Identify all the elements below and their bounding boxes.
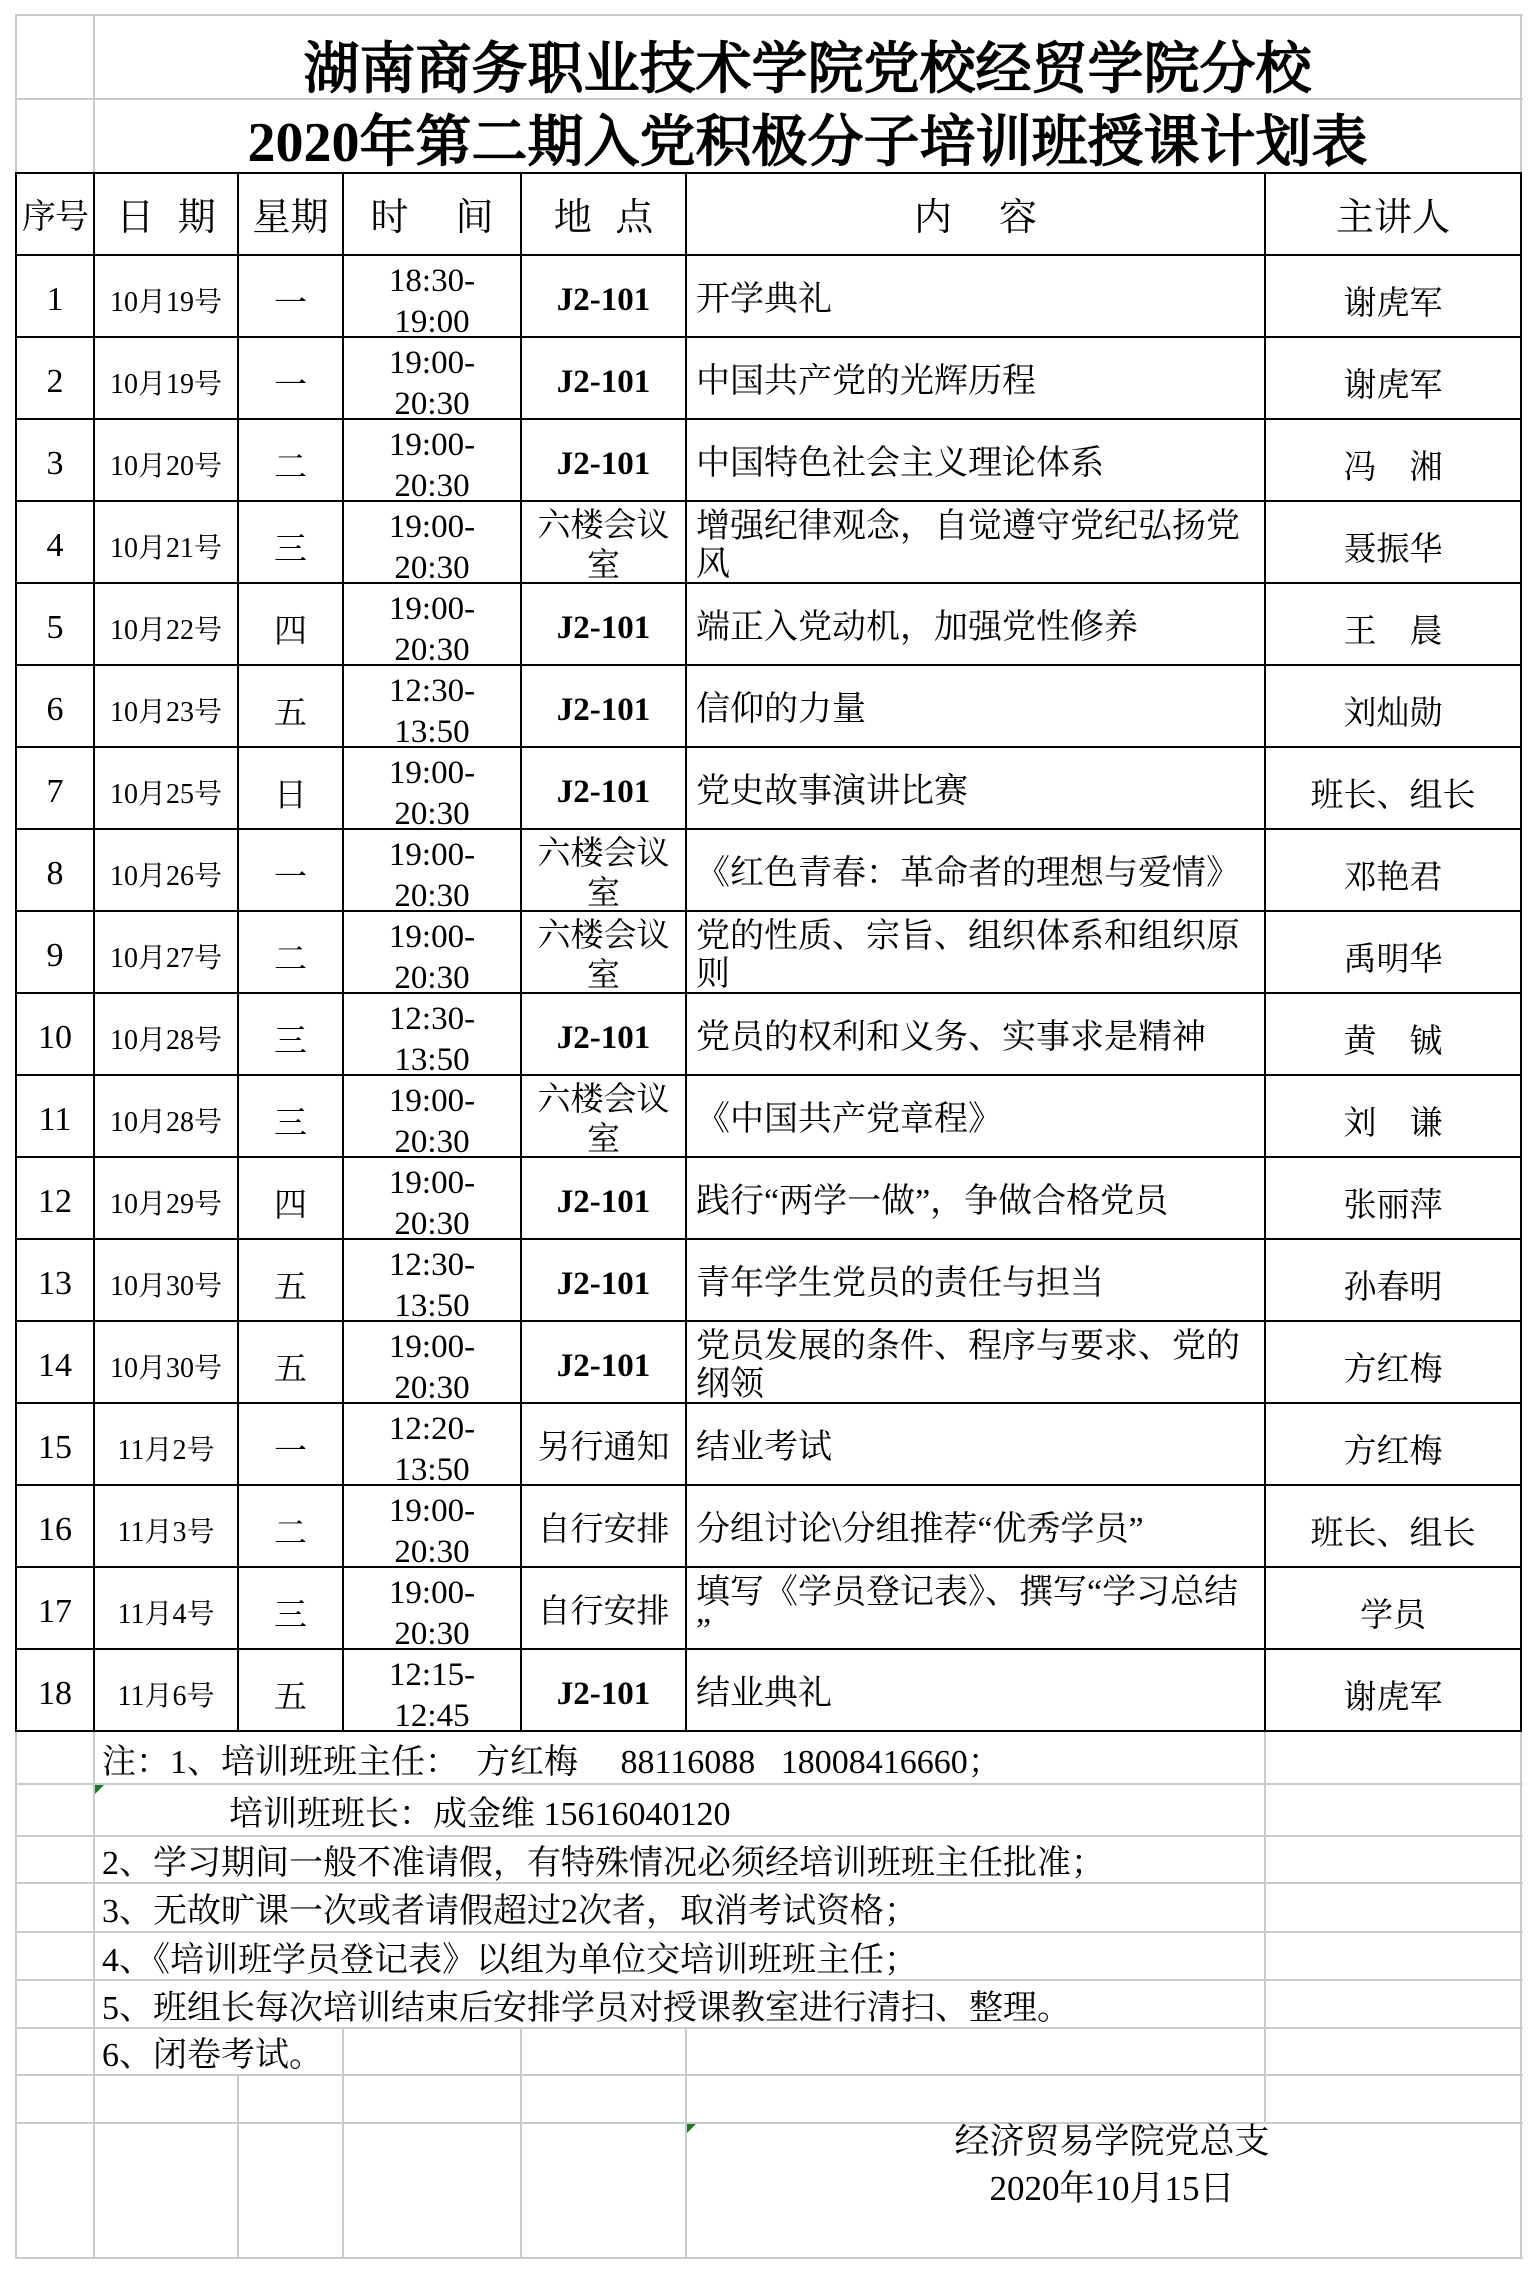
content-text: 增强纪律观念，自觉遵守党纪弘扬党 <box>696 508 1240 546</box>
content-text-wrap: 风 <box>696 546 730 582</box>
header-time[interactable]: 时 间 <box>344 174 522 254</box>
weekday-text: 二 <box>274 1507 307 1554</box>
cell-time[interactable]: 19:00-20:30 <box>344 1158 522 1238</box>
time-end-text: 20:30 <box>394 1204 469 1238</box>
gridline <box>93 1732 95 2259</box>
weekday-text: 二 <box>274 933 307 980</box>
cell-content[interactable]: 党员的权利和义务、实事求是精神 <box>687 994 1266 1074</box>
seq-no-text: 6 <box>47 691 64 729</box>
cell-seq-no[interactable]: 4 <box>17 502 95 582</box>
cell-speaker[interactable]: 刘 谦 <box>1266 1076 1522 1156</box>
speaker-text: 孙春明 <box>1344 1261 1443 1308</box>
cell-date[interactable]: 10月29号 <box>95 1158 239 1238</box>
cell-weekday[interactable]: 四 <box>239 1158 344 1238</box>
table-row: 15 11月2号 一 12:20-13:50 另行通知 结业考试 方红梅 <box>15 1404 1522 1486</box>
cell-content[interactable]: 党的性质、宗旨、组织体系和组织原则 <box>687 912 1266 992</box>
date-text: 10月27号 <box>110 936 222 976</box>
cell-speaker[interactable]: 班长、组长 <box>1266 748 1522 828</box>
table-row: 9 10月27号 二 19:00-20:30 六楼会议室 党的性质、宗旨、组织体… <box>15 912 1522 994</box>
content-text: 填写《学员登记表》、撰写“学习总结 <box>696 1574 1238 1612</box>
date-text: 11月3号 <box>118 1510 215 1550</box>
time-end-text: 20:30 <box>394 630 469 664</box>
cell-time[interactable]: 19:00-20:30 <box>344 1322 522 1402</box>
header-label: 序号 <box>22 196 88 240</box>
time-end-text: 13:50 <box>394 1286 469 1320</box>
speaker-text: 冯 湘 <box>1344 441 1443 488</box>
seq-no-text: 4 <box>47 527 64 565</box>
cell-content[interactable]: 党史故事演讲比赛 <box>687 748 1266 828</box>
location-text-wrap: 室 <box>587 1120 620 1156</box>
cell-time[interactable]: 19:00-20:30 <box>344 584 522 664</box>
cell-location[interactable]: J2-101 <box>522 1322 687 1402</box>
seq-no-text: 2 <box>47 363 64 401</box>
table-row: 1 10月19号 一 18:30-19:00 J2-101 开学典礼 谢虎军 <box>15 256 1522 338</box>
location-text-wrap: 室 <box>587 874 620 910</box>
weekday-text: 三 <box>274 1589 307 1636</box>
time-start-text: 19:00- <box>389 1081 475 1122</box>
table-row: 2 10月19号 一 19:00-20:30 J2-101 中国共产党的光辉历程… <box>15 338 1522 420</box>
speaker-text: 禹明华 <box>1344 933 1443 980</box>
cell-date[interactable]: 10月30号 <box>95 1322 239 1402</box>
time-end-text: 13:50 <box>394 1040 469 1074</box>
location-text-wrap: 室 <box>587 546 620 582</box>
content-text: 践行“两学一做”，争做合格党员 <box>696 1183 1168 1221</box>
cell-speaker[interactable]: 学员 <box>1266 1568 1522 1648</box>
location-text: J2-101 <box>557 1674 651 1714</box>
table-row: 10 10月28号 三 12:30-13:50 J2-101 党员的权利和义务、… <box>15 994 1522 1076</box>
cell-speaker[interactable]: 方红梅 <box>1266 1322 1522 1402</box>
time-start-text: 19:00- <box>389 507 475 548</box>
cell-speaker[interactable]: 邓艳君 <box>1266 830 1522 910</box>
seq-no-text: 8 <box>47 855 64 893</box>
header-weekday[interactable]: 星期 <box>239 174 344 254</box>
cell-location[interactable]: 另行通知 <box>522 1404 687 1484</box>
cell-time[interactable]: 19:00-20:30 <box>344 830 522 910</box>
cell-weekday[interactable]: 二 <box>239 1486 344 1566</box>
cell-seq-no[interactable]: 5 <box>17 584 95 664</box>
cell-time[interactable]: 12:30-13:50 <box>344 994 522 1074</box>
cell-location[interactable]: J2-101 <box>522 748 687 828</box>
content-text-wrap: ” <box>696 1612 711 1648</box>
cell-location[interactable]: J2-101 <box>522 256 687 336</box>
time-start-text: 19:00- <box>389 1491 475 1532</box>
cell-seq-no[interactable]: 8 <box>17 830 95 910</box>
gridline <box>15 14 1523 16</box>
speaker-text: 谢虎军 <box>1344 1671 1443 1718</box>
location-text: J2-101 <box>557 1346 651 1386</box>
speaker-text: 班长、组长 <box>1311 1507 1476 1554</box>
cell-content[interactable]: 党员发展的条件、程序与要求、党的纲领 <box>687 1322 1266 1402</box>
cell-time[interactable]: 12:30-13:50 <box>344 666 522 746</box>
seq-no-text: 15 <box>38 1429 72 1467</box>
speaker-text: 刘灿勋 <box>1344 687 1443 734</box>
content-text: 中国特色社会主义理论体系 <box>696 445 1104 483</box>
header-label: 时 间 <box>370 196 493 240</box>
table-row: 6 10月23号 五 12:30-13:50 J2-101 信仰的力量 刘灿勋 <box>15 666 1522 748</box>
header-label: 星期 <box>252 196 328 240</box>
cell-seq-no[interactable]: 10 <box>17 994 95 1074</box>
cell-location[interactable]: 六楼会议室 <box>522 502 687 582</box>
gridline <box>15 2257 1523 2259</box>
cell-time[interactable]: 19:00-20:30 <box>344 420 522 500</box>
content-text: 党员的权利和义务、实事求是精神 <box>696 1019 1206 1057</box>
speaker-text: 方红梅 <box>1344 1425 1443 1472</box>
location-text: J2-101 <box>557 1182 651 1222</box>
table-row: 12 10月29号 四 19:00-20:30 J2-101 践行“两学一做”，… <box>15 1158 1522 1240</box>
location-text: 六楼会议 <box>538 506 670 546</box>
gridline <box>15 14 17 173</box>
cell-location[interactable]: 自行安排 <box>522 1568 687 1648</box>
time-end-text: 20:30 <box>394 384 469 418</box>
cell-speaker[interactable]: 班长、组长 <box>1266 1486 1522 1566</box>
note-rule-2: 2、学习期间一般不准请假，有特殊情况必须经培训班班主任批准； <box>102 1836 1105 1883</box>
content-text: 青年学生党员的责任与担当 <box>696 1265 1104 1303</box>
gridline <box>520 2028 522 2259</box>
cell-date[interactable]: 11月4号 <box>95 1568 239 1648</box>
time-start-text: 19:00- <box>389 425 475 466</box>
seq-no-text: 5 <box>47 609 64 647</box>
cell-content[interactable]: 端正入党动机，加强党性修养 <box>687 584 1266 664</box>
signature-organization: 经济贸易学院党总支 <box>686 2120 1536 2164</box>
cell-content[interactable]: 《中国共产党章程》 <box>687 1076 1266 1156</box>
cell-date[interactable]: 11月2号 <box>95 1404 239 1484</box>
content-text: 《中国共产党章程》 <box>696 1101 1002 1139</box>
seq-no-text: 16 <box>38 1511 72 1549</box>
cell-date[interactable]: 10月30号 <box>95 1240 239 1320</box>
cell-location[interactable]: J2-101 <box>522 420 687 500</box>
cell-location[interactable]: J2-101 <box>522 1650 687 1730</box>
cell-weekday[interactable]: 一 <box>239 338 344 418</box>
cell-seq-no[interactable]: 7 <box>17 748 95 828</box>
cell-weekday[interactable]: 二 <box>239 912 344 992</box>
time-end-text: 20:30 <box>394 1614 469 1648</box>
date-text: 10月30号 <box>110 1346 222 1386</box>
header-content[interactable]: 内 容 <box>687 174 1266 254</box>
time-start-text: 12:20- <box>389 1409 475 1450</box>
location-text: J2-101 <box>557 772 651 812</box>
content-text-wrap: 纲领 <box>696 1366 764 1402</box>
cell-speaker[interactable]: 禹明华 <box>1266 912 1522 992</box>
cell-location[interactable]: J2-101 <box>522 1158 687 1238</box>
document-subtitle: 2020年第二期入党积极分子培训班授课计划表 <box>94 111 1521 175</box>
time-end-text: 20:30 <box>394 548 469 582</box>
cell-date[interactable]: 10月28号 <box>95 1076 239 1156</box>
seq-no-text: 11 <box>39 1101 72 1139</box>
gridline <box>342 2028 344 2259</box>
seq-no-text: 10 <box>38 1019 72 1057</box>
cell-date[interactable]: 10月23号 <box>95 666 239 746</box>
time-end-text: 13:50 <box>394 1450 469 1484</box>
date-text: 10月28号 <box>110 1018 222 1058</box>
table-row: 17 11月4号 三 19:00-20:30 自行安排 填写《学员登记表》、撰写… <box>15 1568 1522 1650</box>
cell-seq-no[interactable]: 18 <box>17 1650 95 1730</box>
header-date[interactable]: 日 期 <box>95 174 239 254</box>
cell-content[interactable]: 《红色青春：革命者的理想与爱情》 <box>687 830 1266 910</box>
location-text: J2-101 <box>557 690 651 730</box>
cell-speaker[interactable]: 谢虎军 <box>1266 1650 1522 1730</box>
seq-no-text: 7 <box>47 773 64 811</box>
title-line-1: 湖南商务职业技术学院党校经贸学院分校 <box>304 38 1312 102</box>
note-rule-4: 4、《培训班学员登记表》以组为单位交培训班班主任； <box>102 1932 918 1980</box>
cell-speaker[interactable]: 方红梅 <box>1266 1404 1522 1484</box>
cell-speaker[interactable]: 刘灿勋 <box>1266 666 1522 746</box>
cell-seq-no[interactable]: 12 <box>17 1158 95 1238</box>
cell-weekday[interactable]: 一 <box>239 1404 344 1484</box>
cell-location[interactable]: 自行安排 <box>522 1486 687 1566</box>
content-text: 中国共产党的光辉历程 <box>696 363 1036 401</box>
cell-content[interactable]: 填写《学员登记表》、撰写“学习总结” <box>687 1568 1266 1648</box>
cell-seq-no[interactable]: 1 <box>17 256 95 336</box>
speaker-text: 谢虎军 <box>1344 359 1443 406</box>
seq-no-text: 12 <box>38 1183 72 1221</box>
cell-date[interactable]: 10月20号 <box>95 420 239 500</box>
speaker-text: 学员 <box>1360 1589 1426 1636</box>
date-text: 10月25号 <box>110 772 222 812</box>
time-start-text: 12:15- <box>389 1655 475 1696</box>
cell-weekday[interactable]: 一 <box>239 256 344 336</box>
location-text: 自行安排 <box>538 1510 670 1550</box>
location-text: J2-101 <box>557 362 651 402</box>
content-text: 端正入党动机，加强党性修养 <box>696 609 1138 647</box>
weekday-text: 五 <box>274 1671 307 1718</box>
date-text: 10月30号 <box>110 1264 222 1304</box>
cell-speaker[interactable]: 谢虎军 <box>1266 256 1522 336</box>
weekday-text: 三 <box>274 1015 307 1062</box>
cell-location[interactable]: 六楼会议室 <box>522 830 687 910</box>
cell-weekday[interactable]: 五 <box>239 1322 344 1402</box>
cell-weekday[interactable]: 四 <box>239 584 344 664</box>
cell-content[interactable]: 结业考试 <box>687 1404 1266 1484</box>
time-end-text: 20:30 <box>394 1532 469 1566</box>
cell-date[interactable]: 10月19号 <box>95 256 239 336</box>
date-text: 10月29号 <box>110 1182 222 1222</box>
cell-content[interactable]: 增强纪律观念，自觉遵守党纪弘扬党风 <box>687 502 1266 582</box>
time-end-text: 13:50 <box>394 712 469 746</box>
note-head-teacher: 注：1、培训班班主任： 方红梅 88116088 18008416660； <box>102 1732 1002 1784</box>
speaker-text: 张丽萍 <box>1344 1179 1443 1226</box>
speaker-text: 聂振华 <box>1344 523 1443 570</box>
title-line-2: 2020年第二期入党积极分子培训班授课计划表 <box>248 111 1368 175</box>
date-text: 10月28号 <box>110 1100 222 1140</box>
content-text: 结业考试 <box>696 1429 832 1467</box>
cell-seq-no[interactable]: 14 <box>17 1322 95 1402</box>
speaker-text: 刘 谦 <box>1344 1097 1443 1144</box>
cell-time[interactable]: 19:00-20:30 <box>344 912 522 992</box>
cell-seq-no[interactable]: 9 <box>17 912 95 992</box>
cell-content[interactable]: 分组讨论\分组推荐“优秀学员” <box>687 1486 1266 1566</box>
date-text: 10月23号 <box>110 690 222 730</box>
location-text: J2-101 <box>557 1264 651 1304</box>
time-end-text: 20:30 <box>394 876 469 910</box>
time-start-text: 19:00- <box>389 835 475 876</box>
location-text: J2-101 <box>557 444 651 484</box>
cell-time[interactable]: 19:00-20:30 <box>344 748 522 828</box>
time-start-text: 19:00- <box>389 753 475 794</box>
cell-seq-no[interactable]: 16 <box>17 1486 95 1566</box>
weekday-text: 五 <box>274 687 307 734</box>
weekday-text: 一 <box>274 277 307 324</box>
cell-location[interactable]: J2-101 <box>522 584 687 664</box>
time-start-text: 19:00- <box>389 589 475 630</box>
cell-seq-no[interactable]: 2 <box>17 338 95 418</box>
speaker-text: 黄 铖 <box>1344 1015 1443 1062</box>
cell-time[interactable]: 19:00-20:30 <box>344 502 522 582</box>
weekday-text: 五 <box>274 1261 307 1308</box>
seq-no-text: 13 <box>38 1265 72 1303</box>
cell-date[interactable]: 11月6号 <box>95 1650 239 1730</box>
time-start-text: 12:30- <box>389 1245 475 1286</box>
cell-date[interactable]: 11月3号 <box>95 1486 239 1566</box>
cell-weekday[interactable]: 三 <box>239 994 344 1074</box>
cell-weekday[interactable]: 三 <box>239 1076 344 1156</box>
cell-location[interactable]: J2-101 <box>522 994 687 1074</box>
signature-date: 2020年10月15日 <box>686 2167 1536 2211</box>
time-start-text: 19:00- <box>389 1573 475 1614</box>
gridline <box>1264 1732 1266 2123</box>
speaker-text: 谢虎军 <box>1344 277 1443 324</box>
cell-seq-no[interactable]: 17 <box>17 1568 95 1648</box>
weekday-text: 一 <box>274 359 307 406</box>
cell-date[interactable]: 10月21号 <box>95 502 239 582</box>
time-start-text: 19:00- <box>389 1163 475 1204</box>
seq-no-text: 14 <box>38 1347 72 1385</box>
note-rule-5: 5、班组长每次培训结束后安排学员对授课教室进行清扫、整理。 <box>102 1980 1071 2028</box>
weekday-text: 三 <box>274 1097 307 1144</box>
table-row: 4 10月21号 三 19:00-20:30 六楼会议室 增强纪律观念，自觉遵守… <box>15 502 1522 584</box>
cell-date[interactable]: 10月28号 <box>95 994 239 1074</box>
cell-time[interactable]: 19:00-20:30 <box>344 1486 522 1566</box>
cell-location[interactable]: J2-101 <box>522 1240 687 1320</box>
cell-date[interactable]: 10月26号 <box>95 830 239 910</box>
header-speaker[interactable]: 主讲人 <box>1266 174 1522 254</box>
weekday-text: 一 <box>274 851 307 898</box>
date-text: 11月6号 <box>118 1674 215 1714</box>
cell-content[interactable]: 开学典礼 <box>687 256 1266 336</box>
content-text: 开学典礼 <box>696 281 832 319</box>
cell-seq-no[interactable]: 13 <box>17 1240 95 1320</box>
cell-content[interactable]: 中国特色社会主义理论体系 <box>687 420 1266 500</box>
speaker-text: 班长、组长 <box>1311 769 1476 816</box>
location-text: 六楼会议 <box>538 916 670 956</box>
time-start-text: 12:30- <box>389 671 475 712</box>
time-start-text: 19:00- <box>389 343 475 384</box>
cell-weekday[interactable]: 三 <box>239 502 344 582</box>
cell-location[interactable]: 六楼会议室 <box>522 912 687 992</box>
cell-seq-no[interactable]: 6 <box>17 666 95 746</box>
header-seq-no[interactable]: 序号 <box>17 174 95 254</box>
cell-date[interactable]: 10月22号 <box>95 584 239 664</box>
content-text: 结业典礼 <box>696 1675 832 1713</box>
cell-weekday[interactable]: 二 <box>239 420 344 500</box>
cell-weekday[interactable]: 日 <box>239 748 344 828</box>
cell-weekday[interactable]: 五 <box>239 1650 344 1730</box>
location-text-wrap: 室 <box>587 956 620 992</box>
cell-date[interactable]: 10月27号 <box>95 912 239 992</box>
time-start-text: 12:30- <box>389 999 475 1040</box>
location-text: 另行通知 <box>538 1428 670 1468</box>
speaker-text: 方红梅 <box>1344 1343 1443 1390</box>
speaker-text: 王 晨 <box>1344 605 1443 652</box>
note-rule-3: 3、无故旷课一次或者请假超过2次者，取消考试资格； <box>102 1883 918 1932</box>
seq-no-text: 17 <box>38 1593 72 1631</box>
cell-speaker[interactable]: 张丽萍 <box>1266 1158 1522 1238</box>
gridline <box>15 1732 17 2259</box>
cell-date[interactable]: 10月19号 <box>95 338 239 418</box>
header-location[interactable]: 地 点 <box>522 174 687 254</box>
cell-speaker[interactable]: 黄 铖 <box>1266 994 1522 1074</box>
cell-location[interactable]: 六楼会议室 <box>522 1076 687 1156</box>
table-row: 13 10月30号 五 12:30-13:50 J2-101 青年学生党员的责任… <box>15 1240 1522 1322</box>
cell-speaker[interactable]: 冯 湘 <box>1266 420 1522 500</box>
header-label: 主讲人 <box>1336 196 1450 240</box>
cell-seq-no[interactable]: 11 <box>17 1076 95 1156</box>
cell-date[interactable]: 10月25号 <box>95 748 239 828</box>
time-end-text: 20:30 <box>394 466 469 500</box>
cell-time[interactable]: 12:15-12:45 <box>344 1650 522 1730</box>
cell-speaker[interactable]: 孙春明 <box>1266 1240 1522 1320</box>
document-title: 湖南商务职业技术学院党校经贸学院分校 <box>94 38 1521 102</box>
cell-time[interactable]: 12:30-13:50 <box>344 1240 522 1320</box>
speaker-text: 邓艳君 <box>1344 851 1443 898</box>
content-text: 党史故事演讲比赛 <box>696 773 968 811</box>
cell-content[interactable]: 信仰的力量 <box>687 666 1266 746</box>
table-row: 16 11月3号 二 19:00-20:30 自行安排 分组讨论\分组推荐“优秀… <box>15 1486 1522 1568</box>
seq-no-text: 1 <box>47 281 64 319</box>
table-row: 3 10月20号 二 19:00-20:30 J2-101 中国特色社会主义理论… <box>15 420 1522 502</box>
cell-time[interactable]: 18:30-19:00 <box>344 256 522 336</box>
table-row: 14 10月30号 五 19:00-20:30 J2-101 党员发展的条件、程… <box>15 1322 1522 1404</box>
content-text: 《红色青春：革命者的理想与爱情》 <box>696 855 1240 893</box>
date-text: 11月4号 <box>118 1592 215 1632</box>
content-text: 党的性质、宗旨、组织体系和组织原 <box>696 918 1240 956</box>
time-end-text: 20:30 <box>394 1122 469 1156</box>
cell-weekday[interactable]: 三 <box>239 1568 344 1648</box>
location-text: J2-101 <box>557 608 651 648</box>
cell-location[interactable]: J2-101 <box>522 666 687 746</box>
time-start-text: 19:00- <box>389 1327 475 1368</box>
cell-weekday[interactable]: 五 <box>239 666 344 746</box>
weekday-text: 一 <box>274 1425 307 1472</box>
cell-weekday[interactable]: 一 <box>239 830 344 910</box>
location-text: 六楼会议 <box>538 834 670 874</box>
weekday-text: 四 <box>274 1179 307 1226</box>
cell-content[interactable]: 青年学生党员的责任与担当 <box>687 1240 1266 1320</box>
cell-speaker[interactable]: 谢虎军 <box>1266 338 1522 418</box>
cell-content[interactable]: 中国共产党的光辉历程 <box>687 338 1266 418</box>
weekday-text: 五 <box>274 1343 307 1390</box>
cell-time[interactable]: 19:00-20:30 <box>344 338 522 418</box>
cell-weekday[interactable]: 五 <box>239 1240 344 1320</box>
date-text: 10月26号 <box>110 854 222 894</box>
cell-seq-no[interactable]: 3 <box>17 420 95 500</box>
cell-seq-no[interactable]: 15 <box>17 1404 95 1484</box>
date-text: 10月22号 <box>110 608 222 648</box>
cell-time[interactable]: 12:20-13:50 <box>344 1404 522 1484</box>
cell-location[interactable]: J2-101 <box>522 338 687 418</box>
seq-no-text: 3 <box>47 445 64 483</box>
date-text: 10月19号 <box>110 280 222 320</box>
content-text: 党员发展的条件、程序与要求、党的 <box>696 1328 1240 1366</box>
seq-no-text: 18 <box>38 1675 72 1713</box>
table-row: 5 10月22号 四 19:00-20:30 J2-101 端正入党动机，加强党… <box>15 584 1522 666</box>
cell-content[interactable]: 践行“两学一做”，争做合格党员 <box>687 1158 1266 1238</box>
cell-time[interactable]: 19:00-20:30 <box>344 1076 522 1156</box>
cell-speaker[interactable]: 王 晨 <box>1266 584 1522 664</box>
cell-content[interactable]: 结业典礼 <box>687 1650 1266 1730</box>
error-indicator-icon <box>95 1785 104 1794</box>
cell-time[interactable]: 19:00-20:30 <box>344 1568 522 1648</box>
cell-speaker[interactable]: 聂振华 <box>1266 502 1522 582</box>
